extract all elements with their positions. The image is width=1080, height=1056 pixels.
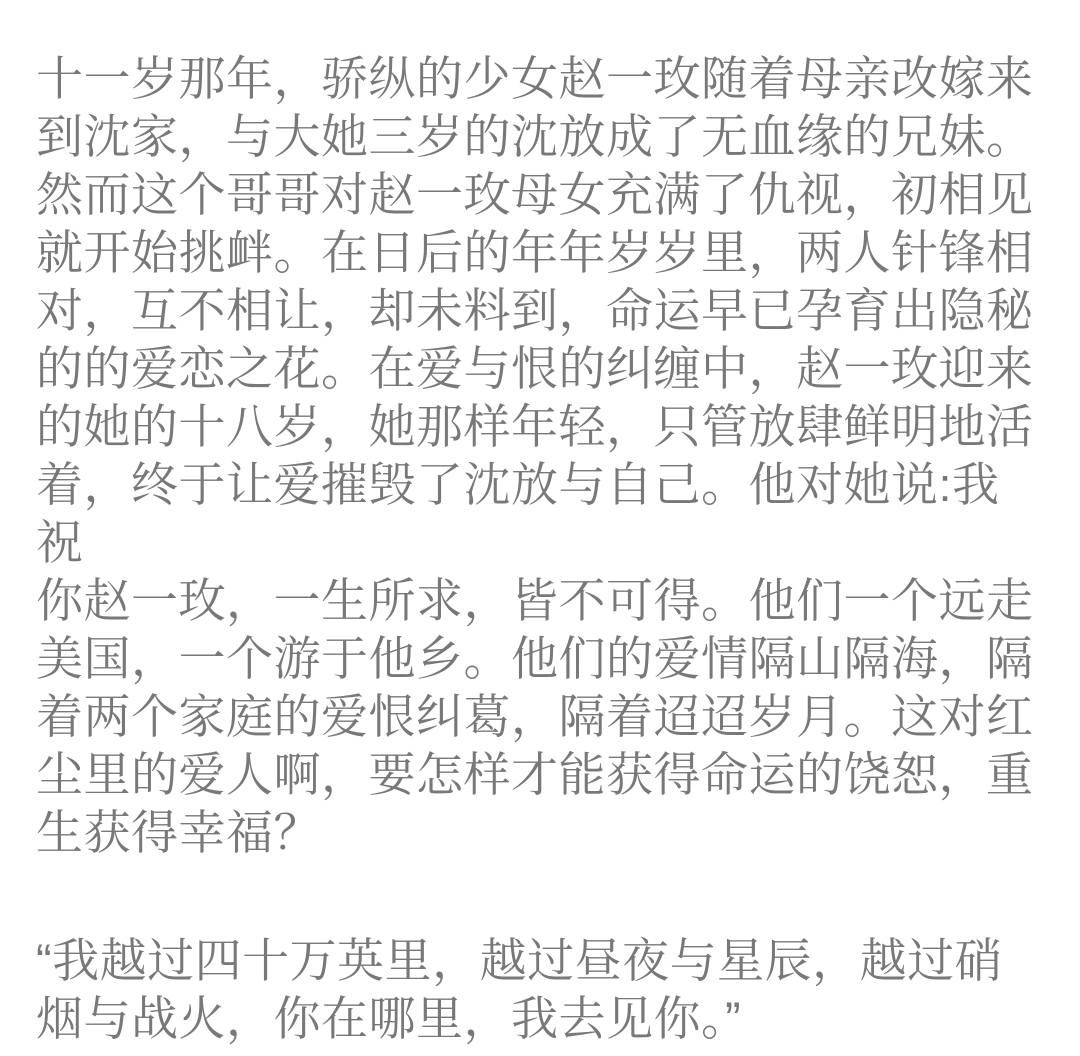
quote-paragraph: “我越过四十万英里，越过昼夜与星辰，越过硝 烟与战火，你在哪里，我去见你。” (36, 932, 1042, 1048)
text-page: 十一岁那年，骄纵的少女赵一玫随着母亲改嫁来 到沈家，与大她三岁的沈放成了无血缘的… (0, 0, 1080, 1056)
synopsis-paragraph: 十一岁那年，骄纵的少女赵一玫随着母亲改嫁来 到沈家，与大她三岁的沈放成了无血缘的… (36, 50, 1042, 862)
